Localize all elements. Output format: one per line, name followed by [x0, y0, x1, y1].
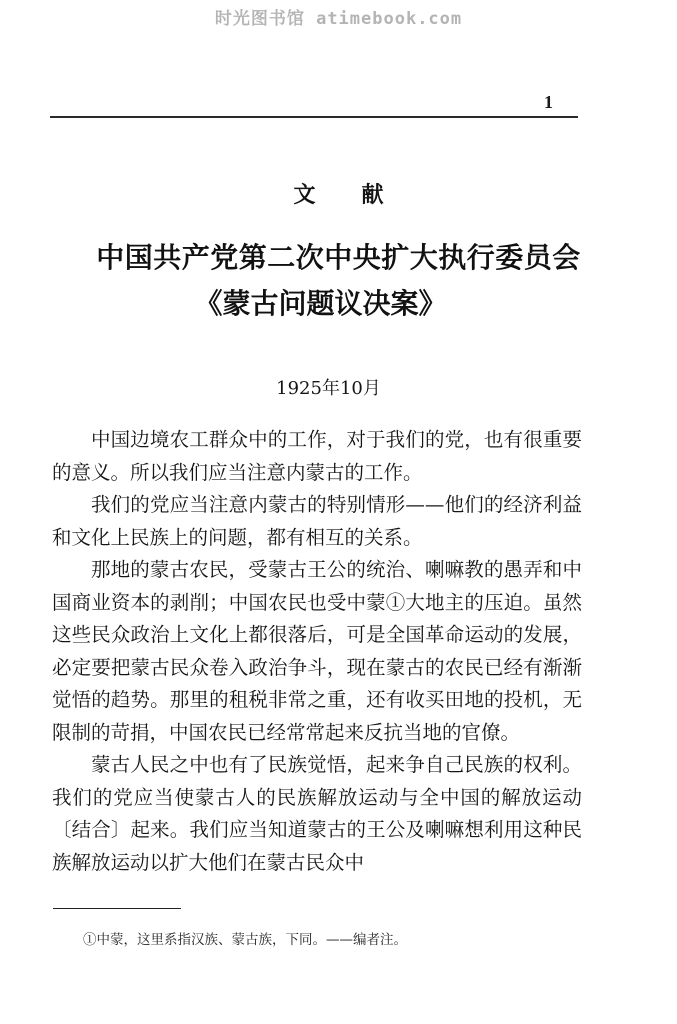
- header-rule: [50, 116, 578, 118]
- body-text: 中国边境农工群众中的工作，对于我们的党，也有很重要的意义。所以我们应当注意内蒙古…: [52, 424, 582, 879]
- paragraph: 那地的蒙古农民，受蒙古王公的统治、喇嘛教的愚弄和中国商业资本的剥削；中国农民也受…: [52, 554, 582, 749]
- watermark: 时光图书馆 atimebook.com: [0, 4, 677, 29]
- paragraph: 我们的党应当注意内蒙古的特别情形——他们的经济利益和文化上民族上的问题，都有相互…: [52, 489, 582, 554]
- document-subtitle: 《蒙古问题议决案》: [0, 282, 659, 322]
- document-title: 中国共产党第二次中央扩大执行委员会: [0, 236, 677, 276]
- section-label: 文献: [0, 178, 677, 209]
- document-date: 1925年10月: [0, 374, 667, 400]
- paragraph: 蒙古人民之中也有了民族觉悟，起来争自己民族的权利。我们的党应当使蒙古人的民族解放…: [52, 749, 582, 879]
- paragraph: 中国边境农工群众中的工作，对于我们的党，也有很重要的意义。所以我们应当注意内蒙古…: [52, 424, 582, 489]
- footnote: ①中蒙，这里系指汉族、蒙古族，下同。——编者注。: [83, 928, 407, 948]
- page-number: 1: [544, 92, 553, 113]
- footnote-divider: [53, 908, 181, 909]
